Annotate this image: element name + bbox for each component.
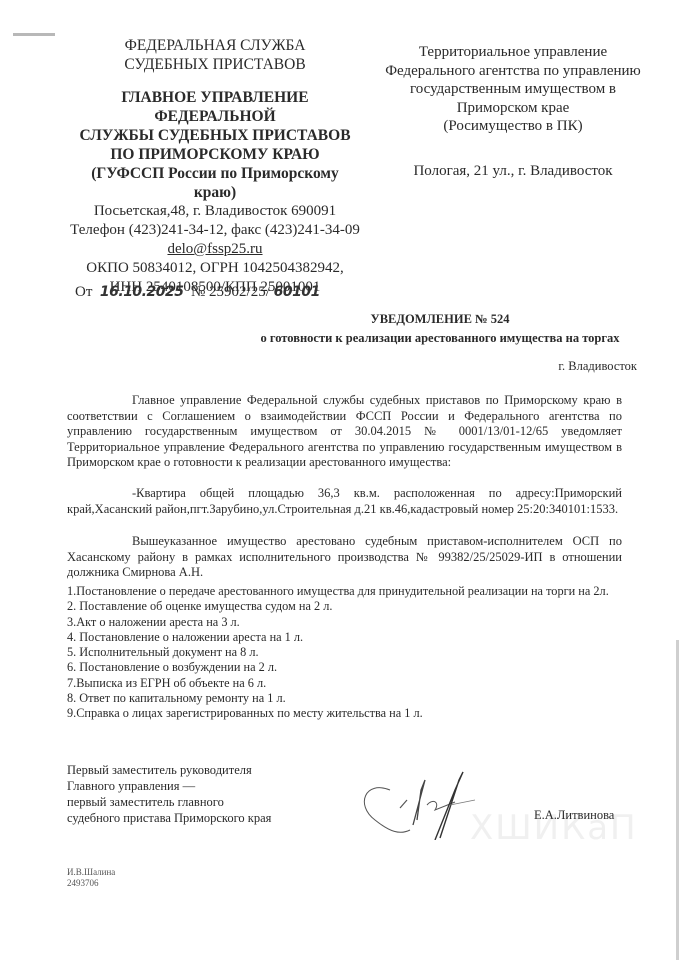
service-line: ФЕДЕРАЛЬНАЯ СЛУЖБА [70,36,360,55]
attachment-item: 4. Постановление о наложении ареста на 1… [67,630,647,645]
attachment-item: 6. Постановление о возбуждении на 2 л. [67,660,647,675]
org-line: ПО ПРИМОРСКОМУ КРАЮ [70,145,360,164]
org-line: ГЛАВНОЕ УПРАВЛЕНИЕ [70,88,360,107]
sender-email-link[interactable]: delo@fssp25.ru [70,240,360,259]
org-line: СЛУЖБЫ СУДЕБНЫХ ПРИСТАВОВ [70,126,360,145]
recipient-address: Пологая, 21 ул., г. Владивосток [378,163,648,180]
role-line: первый заместитель главного [67,794,347,810]
attachments-list: 1.Постановление о передаче арестованного… [67,584,647,722]
paragraph-text: Вышеуказанное имущество арестовано судеб… [67,534,622,579]
executor-phone: 2493706 [67,878,115,889]
role-line: судебного пристава Приморского края [67,810,347,826]
role-line: Главного управления — [67,778,347,794]
recipient-line: (Росимущество в ПК) [378,117,648,136]
sender-block: ФЕДЕРАЛЬНАЯ СЛУЖБА СУДЕБНЫХ ПРИСТАВОВ ГЛ… [70,36,360,297]
notice-subtitle: о готовности к реализации арестованного … [200,329,679,348]
signatory-name: Е.А.Литвинова [534,808,614,823]
notice-title-block: УВЕДОМЛЕНИЕ № 524 о готовности к реализа… [200,310,679,348]
notice-city: г. Владивосток [558,359,637,374]
attachment-item: 2. Поставление об оценке имущества судом… [67,599,647,614]
number-label: № 25902/25/ [191,284,270,300]
recipient-line: Территориальное управление [378,43,648,62]
attachment-item: 5. Исполнительный документ на 8 л. [67,645,647,660]
org-short-name: (ГУФССП России по Приморскому краю) [70,164,360,202]
executor-info: И.В.Шалина 2493706 [67,867,115,889]
handwritten-date: 16.10.2025 [100,284,184,300]
attachment-item: 9.Справка о лицах зарегистрированных по … [67,706,647,721]
attachment-item: 8. Ответ по капитальному ремонту на 1 л. [67,691,647,706]
attachment-item: 3.Акт о наложении ареста на 3 л. [67,615,647,630]
role-line: Первый заместитель руководителя [67,762,347,778]
date-label: От [75,284,92,300]
signatory-role: Первый заместитель руководителя Главного… [67,762,347,826]
handwritten-signature-icon [355,760,505,840]
paragraph-text: -Квартира общей площадью 36,3 кв.м. расп… [67,486,622,516]
outgoing-reference: От 16.10.2025 № 25902/25/ 60101 [75,284,320,301]
recipient-block: Территориальное управление Федерального … [378,43,648,136]
scan-mark [13,33,55,36]
paragraph-text: Главное управление Федеральной службы су… [67,393,622,469]
executor-name: И.В.Шалина [67,867,115,878]
notice-title: УВЕДОМЛЕНИЕ № 524 [200,310,679,329]
recipient-line: государственным имуществом в [378,80,648,99]
org-line: ФЕДЕРАЛЬНОЙ [70,107,360,126]
sender-phone: Телефон (423)241-34-12, факс (423)241-34… [70,221,360,240]
sender-codes: ОКПО 50834012, ОГРН 1042504382942, [70,259,360,278]
recipient-line: Федерального агентства по управлению [378,62,648,81]
service-line: СУДЕБНЫХ ПРИСТАВОВ [70,55,360,74]
attachment-item: 7.Выписка из ЕГРН об объекте на 6 л. [67,676,647,691]
arrest-paragraph: Вышеуказанное имущество арестовано судеб… [67,534,622,581]
recipient-line: Приморском крае [378,99,648,118]
sender-address: Посьетская,48, г. Владивосток 690091 [70,202,360,221]
property-description: -Квартира общей площадью 36,3 кв.м. расп… [67,486,622,517]
body-paragraph: Главное управление Федеральной службы су… [67,393,622,471]
attachment-item: 1.Постановление о передаче арестованного… [67,584,647,599]
handwritten-number: 60101 [274,284,320,300]
